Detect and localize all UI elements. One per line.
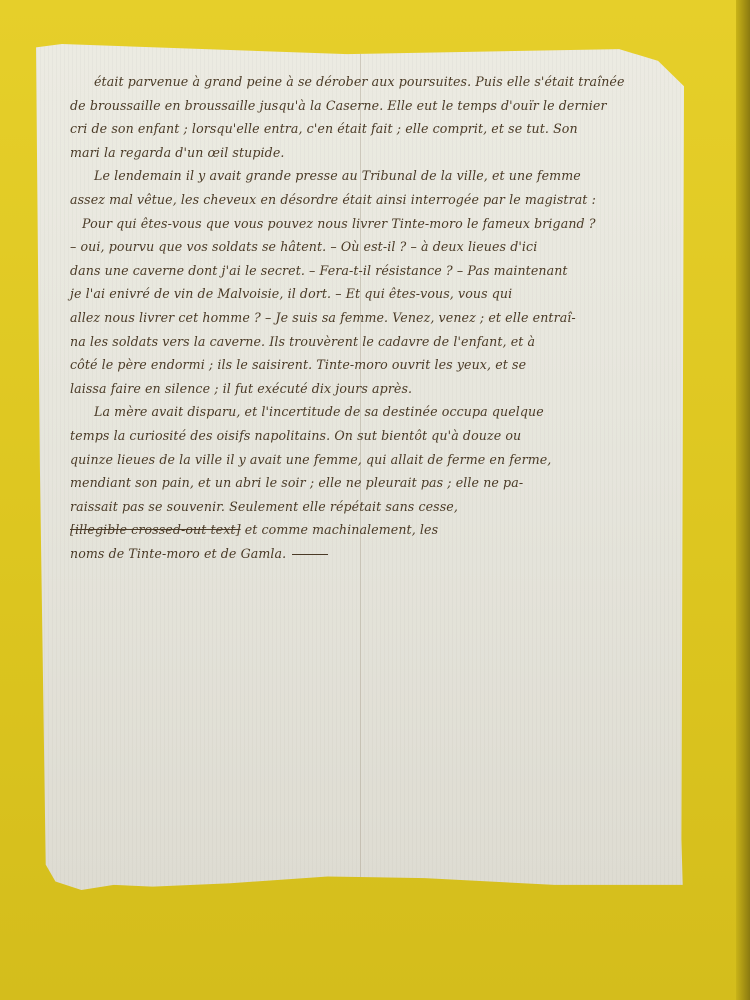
line: cri de son enfant ; lorsqu'elle entra, c… bbox=[70, 121, 578, 136]
line: La mère avait disparu, et l'incertitude … bbox=[70, 404, 544, 419]
line: mari la regarda d'un œil stupide. bbox=[70, 145, 284, 160]
line: je l'ai enivré de vin de Malvoisie, il d… bbox=[70, 286, 512, 301]
manuscript-page: était parvenue à grand peine à se dérobe… bbox=[36, 44, 684, 890]
end-dash bbox=[292, 554, 328, 555]
line: était parvenue à grand peine à se dérobe… bbox=[70, 74, 625, 89]
line: Pour qui êtes-vous que vous pouvez nous … bbox=[70, 216, 596, 231]
paragraph-3: La mère avait disparu, et l'incertitude … bbox=[70, 400, 690, 565]
line: dans une caverne dont j'ai le secret. – … bbox=[70, 263, 568, 278]
line: allez nous livrer cet homme ? – Je suis … bbox=[70, 310, 576, 325]
line: et comme machinalement, les bbox=[245, 522, 438, 537]
paragraph-2: Le lendemain il y avait grande presse au… bbox=[70, 164, 690, 400]
paragraph-1: était parvenue à grand peine à se dérobe… bbox=[70, 70, 690, 164]
background-edge bbox=[736, 0, 750, 1000]
line: laissa faire en silence ; il fut exécuté… bbox=[70, 381, 412, 396]
line: noms de Tinte-moro et de Gamla. bbox=[70, 546, 286, 561]
line: assez mal vêtue, les cheveux en désordre… bbox=[70, 192, 596, 207]
line: Le lendemain il y avait grande presse au… bbox=[70, 168, 581, 183]
manuscript-text: était parvenue à grand peine à se dérobe… bbox=[70, 70, 690, 565]
line: de broussaille en broussaille jusqu'à la… bbox=[70, 98, 607, 113]
line: na les soldats vers la caverne. Ils trou… bbox=[70, 334, 535, 349]
line: quinze lieues de la ville il y avait une… bbox=[70, 452, 551, 467]
line: côté le père endormi ; ils le saisirent.… bbox=[70, 357, 526, 372]
line: – oui, pourvu que vos soldats se hâtent.… bbox=[70, 239, 537, 254]
line: raissait pas se souvenir. Seulement elle… bbox=[70, 499, 458, 514]
line: temps la curiosité des oisifs napolitain… bbox=[70, 428, 521, 443]
line: mendiant son pain, et un abri le soir ; … bbox=[70, 475, 523, 490]
struck-out-text: [illegible crossed-out text] bbox=[70, 522, 241, 537]
